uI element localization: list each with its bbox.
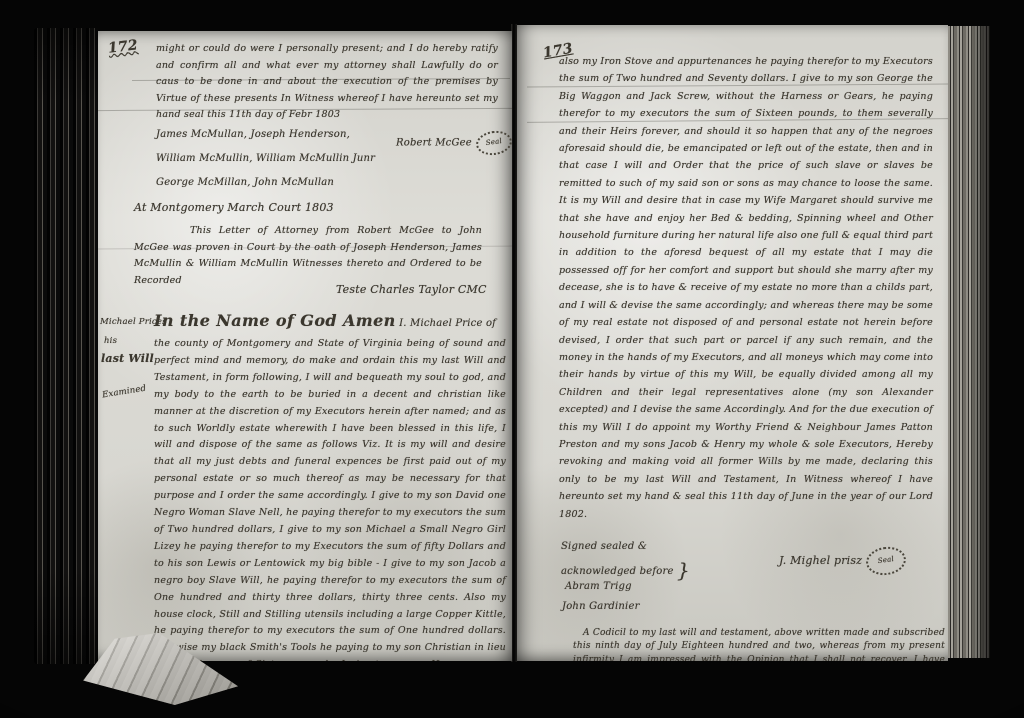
margin-note-examined: Examined [101,384,146,401]
witness-line-1: James McMullan, Joseph Henderson, [156,129,350,140]
witness-line-2: William McMullin, William McMullin Junr [156,153,375,164]
testator-signature-row: J. Mighel priszSeal [779,547,906,575]
court-record-paragraph: This Letter of Attorney from Robert McGe… [134,223,482,289]
codicil-paragraph: A Codicil to my last will and testament,… [573,627,945,661]
codicil-witness-2: John Gardinier [562,601,640,612]
will-opening-large: In the Name of God Amen [154,311,396,330]
ack-brace: } [677,558,690,582]
attorney-conclusion-paragraph: might or could do were I personally pres… [156,41,498,124]
right-page: 173 also my Iron Stove and appurtenances… [517,25,948,661]
grantor-signature: Robert McGee [396,138,472,149]
grantor-seal-label: Seal [485,137,502,147]
teste-line: Teste Charles Taylor CMC [336,283,487,296]
will-opening-rest: I. Michael Price of [396,318,496,329]
codicil-witness-1: Abram Trigg [565,581,632,592]
will-opening-heading: In the Name of God Amen I. Michael Price… [154,311,496,330]
signed-line-1: Signed sealed & [561,541,647,552]
will-continuation-paragraph: also my Iron Stove and appurtenances he … [559,53,933,523]
book-right-page-edges [948,26,990,658]
book-left-page-edges [34,28,98,664]
margin-note-last-will: last Will [101,352,154,365]
court-heading: At Montgomery March Court 1803 [134,201,334,214]
witness-line-3: George McMillan, John McMullan [156,177,334,188]
testator-signature: J. Mighel prisz [779,554,862,567]
margin-note-his: his [104,336,117,346]
signed-line-2: acknowledged before [561,566,674,577]
testator-seal-icon: Seal [864,544,908,577]
signed-line-2-row: acknowledged before } [561,558,690,582]
left-page-number: 172 [107,37,139,57]
will-body-paragraph: the county of Montgomery and State of Vi… [154,336,506,661]
grantor-signature-row: Robert McGeeSeal [396,131,512,155]
testator-seal-label: Seal [878,555,895,565]
left-page: 172 might or could do were I personally … [98,31,512,661]
grantor-seal-icon: Seal [474,129,512,158]
